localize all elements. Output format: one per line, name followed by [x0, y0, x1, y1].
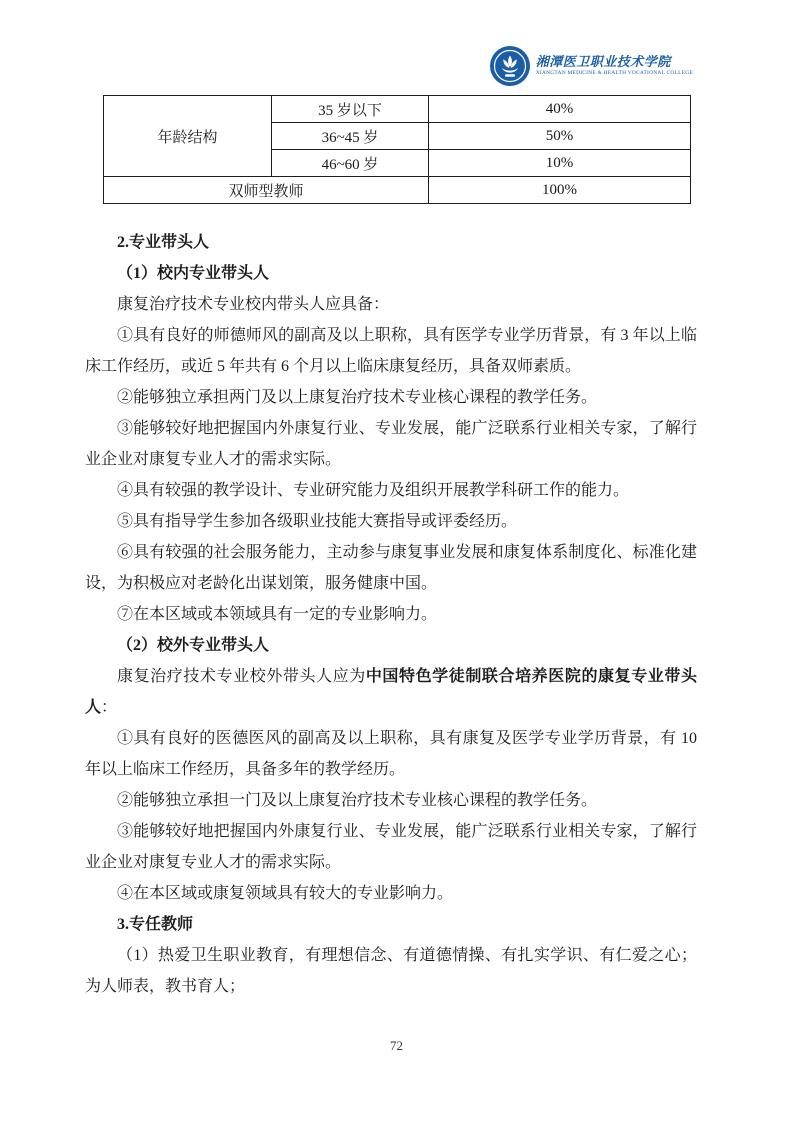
college-logo: 湘潭医卫职业技术学院 XIANGTAN MEDICINE & HEALTH VO…: [490, 46, 693, 86]
paragraph-item: ⑦在本区域或本领域具有一定的专业影响力。: [85, 599, 697, 630]
college-name-en: XIANGTAN MEDICINE & HEALTH VOCATIONAL CO…: [536, 70, 693, 76]
paragraph-item: （1）热爱卫生职业教育，有理想信念、有道德情操、有扎实学识、有仁爱之心；为人师表…: [85, 940, 697, 1002]
group-label-cell: 年龄结构: [104, 96, 272, 177]
paragraph-item: ⑥具有较强的社会服务能力，主动参与康复事业发展和康复体系制度化、标准化建设，为积…: [85, 537, 697, 599]
intro-text-normal: 康复治疗技术专业校外带头人应为: [117, 668, 366, 685]
summary-label-cell: 双师型教师: [104, 177, 429, 204]
document-body: 2.专业带头人 （1）校内专业带头人 康复治疗技术专业校内带头人应具备： ①具有…: [85, 227, 697, 1002]
college-logo-text: 湘潭医卫职业技术学院 XIANGTAN MEDICINE & HEALTH VO…: [536, 55, 693, 76]
paragraph-item: ③能够较好地把握国内外康复行业、专业发展，能广泛联系行业相关专家，了解行业企业对…: [85, 413, 697, 475]
percent-cell: 10%: [429, 150, 691, 177]
document-page: 湘潭医卫职业技术学院 XIANGTAN MEDICINE & HEALTH VO…: [0, 0, 793, 1122]
college-name-zh: 湘潭医卫职业技术学院: [536, 55, 693, 70]
paragraph-intro-internal: 康复治疗技术专业校内带头人应具备：: [85, 289, 697, 320]
section-3-heading: 3.专任教师: [85, 909, 697, 940]
page-number: 72: [0, 1038, 793, 1054]
subsection-2-1-heading: （1）校内专业带头人: [85, 258, 697, 289]
percent-cell: 40%: [429, 96, 691, 123]
percent-cell: 50%: [429, 123, 691, 150]
college-emblem-icon: [490, 46, 530, 86]
paragraph-item: ①具有良好的医德医风的副高及以上职称，具有康复及医学专业学历背景，有 10 年以…: [85, 723, 697, 785]
paragraph-item: ②能够独立承担两门及以上康复治疗技术专业核心课程的教学任务。: [85, 382, 697, 413]
paragraph-item: ④具有较强的教学设计、专业研究能力及组织开展教学科研工作的能力。: [85, 475, 697, 506]
paragraph-item: ⑤具有指导学生参加各级职业技能大赛指导或评委经历。: [85, 506, 697, 537]
age-range-cell: 36~45 岁: [272, 123, 429, 150]
section-2-heading: 2.专业带头人: [85, 227, 697, 258]
intro-text-colon: ：: [101, 699, 117, 716]
age-range-cell: 35 岁以下: [272, 96, 429, 123]
paragraph-intro-external: 康复治疗技术专业校外带头人应为中国特色学徒制联合培养医院的康复专业带头人：: [85, 661, 697, 723]
table-row: 双师型教师 100%: [104, 177, 691, 204]
paragraph-item: ②能够独立承担一门及以上康复治疗技术专业核心课程的教学任务。: [85, 785, 697, 816]
paragraph-item: ④在本区域或康复领域具有较大的专业影响力。: [85, 878, 697, 909]
teacher-structure-table: 年龄结构 35 岁以下 40% 36~45 岁 50% 46~60 岁 10% …: [103, 95, 691, 204]
age-range-cell: 46~60 岁: [272, 150, 429, 177]
table-row: 年龄结构 35 岁以下 40%: [104, 96, 691, 123]
paragraph-item: ①具有良好的师德师风的副高及以上职称，具有医学专业学历背景，有 3 年以上临床工…: [85, 320, 697, 382]
summary-value-cell: 100%: [429, 177, 691, 204]
paragraph-item: ③能够较好地把握国内外康复行业、专业发展，能广泛联系行业相关专家，了解行业企业对…: [85, 816, 697, 878]
subsection-2-2-heading: （2）校外专业带头人: [85, 630, 697, 661]
